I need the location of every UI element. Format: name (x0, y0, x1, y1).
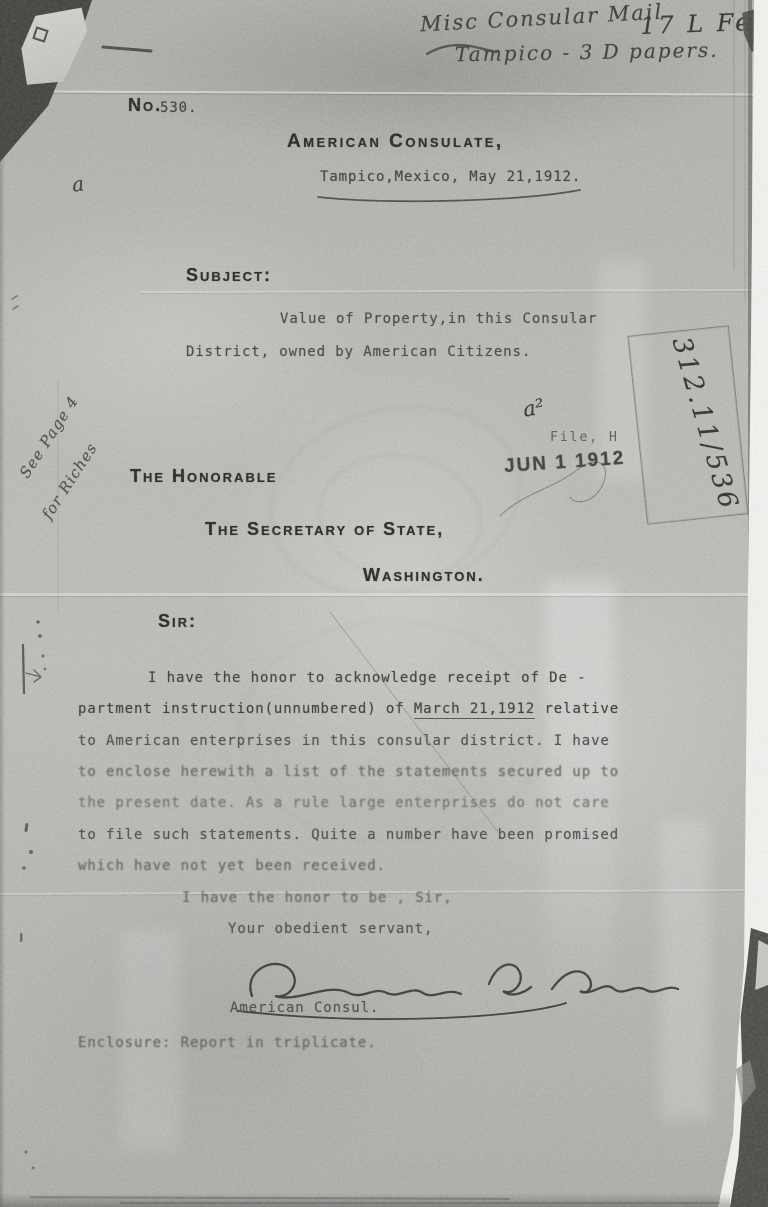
dateline: Tampico,Mexico, May 21,1912. (320, 169, 581, 185)
salutation: Sir: (158, 611, 197, 632)
addressee-washington: Washington. (363, 565, 485, 586)
addressee-secretary: The Secretary of State, (205, 519, 444, 540)
body-line-3: to American enterprises in this consular… (78, 733, 610, 749)
note-tampico-papers: Tampico - 3 D papers. (455, 38, 719, 67)
file-stamp: File, H (550, 430, 619, 445)
file-number-stamp-box: 312.11/536 (627, 325, 748, 525)
body-line-6: to file such statements. Quite a number … (78, 827, 619, 843)
body-line-5: the present date. As a rule large enterp… (78, 795, 610, 811)
a2-mark: a² (521, 394, 546, 421)
closing-line-1: I have the honor to be , Sir, (182, 890, 453, 906)
page-fold-line (733, 0, 735, 270)
scanned-letter-canvas: Misc Consular Mail 17 L Fe Tampico - 3 D… (0, 0, 768, 1207)
no-value: 530. (160, 100, 197, 116)
document-page: Misc Consular Mail 17 L Fe Tampico - 3 D… (0, 0, 768, 1207)
signer-title: American Consul. (230, 1000, 379, 1016)
body-line-2-underlined-date: March 21,1912 (414, 701, 535, 719)
fold-crease (0, 90, 768, 95)
page-fold-line (744, 0, 746, 300)
no-label: No. (128, 95, 162, 116)
patch-ink-mark (32, 26, 48, 42)
subject-label: Subject: (186, 265, 272, 286)
light-streak (545, 580, 615, 980)
fold-crease (0, 593, 768, 596)
subject-line1: Value of Property,in this Consular (280, 311, 597, 327)
note-misc-consular-mail: Misc Consular Mail (420, 0, 664, 36)
consulate-heading: American Consulate, (287, 131, 504, 153)
body-line-1: I have the honor to acknowledge receipt … (148, 670, 586, 686)
a-mark: a (70, 171, 85, 196)
addressee-honorable: The Honorable (130, 466, 277, 487)
enclosure-line: Enclosure: Report in triplicate. (78, 1035, 377, 1051)
page-stack-line (120, 1202, 720, 1204)
body-line-2-post: relative (535, 701, 619, 717)
closing-line-2: Your obedient servant, (228, 921, 433, 937)
body-line-2: partment instruction(unnumbered) of Marc… (78, 701, 619, 717)
subject-line2: District, owned by American Citizens. (186, 344, 531, 360)
signature-name: Clarence A. Miller (250, 965, 510, 998)
file-number: 312.11/536 (666, 334, 744, 515)
note-initials: 17 L Fe (640, 8, 753, 40)
bottom-edge-shadow (0, 1193, 730, 1207)
body-line-4: to enclose herewith a list of the statem… (78, 764, 619, 780)
fold-crease (140, 289, 768, 293)
light-streak (660, 820, 710, 1120)
body-line-7: which have not yet been received. (78, 858, 386, 874)
body-line-2-pre: partment instruction(unnumbered) of (78, 701, 414, 717)
left-edge-shade (0, 0, 5, 1207)
